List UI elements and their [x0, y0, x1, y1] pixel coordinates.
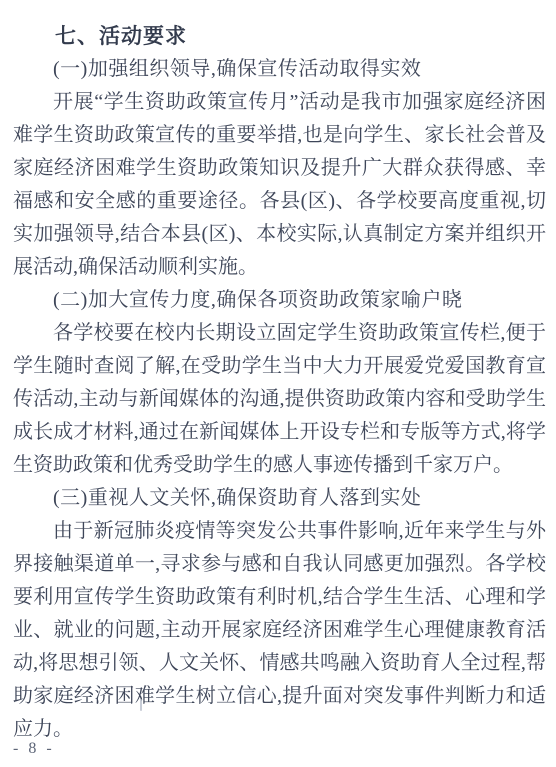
- subsection-heading-3: (三)重视人文关怀,确保资助育人落到实处: [13, 482, 546, 515]
- scan-artifact: [140, 699, 142, 711]
- subsection-heading-2: (二)加大宣传力度,确保各项资助政策家喻户晓: [13, 284, 546, 317]
- page-number: - 8 -: [13, 740, 55, 758]
- section-heading: 七、活动要求: [13, 20, 546, 53]
- paragraph-1: 开展“学生资助政策宣传月”活动是我市加强家庭经济困难学生资助政策宣传的重要举措,…: [13, 86, 546, 284]
- document-content: 七、活动要求 (一)加强组织领导,确保宣传活动取得实效 开展“学生资助政策宣传月…: [13, 20, 546, 746]
- paragraph-2: 各学校要在校内长期设立固定学生资助政策宣传栏,便于学生随时查阅了解,在受助学生当…: [13, 317, 546, 482]
- paragraph-3: 由于新冠肺炎疫情等突发公共事件影响,近年来学生与外界接触渠道单一,寻求参与感和自…: [13, 515, 546, 746]
- subsection-heading-1: (一)加强组织领导,确保宣传活动取得实效: [13, 53, 546, 86]
- document-page: 七、活动要求 (一)加强组织领导,确保宣传活动取得实效 开展“学生资助政策宣传月…: [0, 0, 556, 767]
